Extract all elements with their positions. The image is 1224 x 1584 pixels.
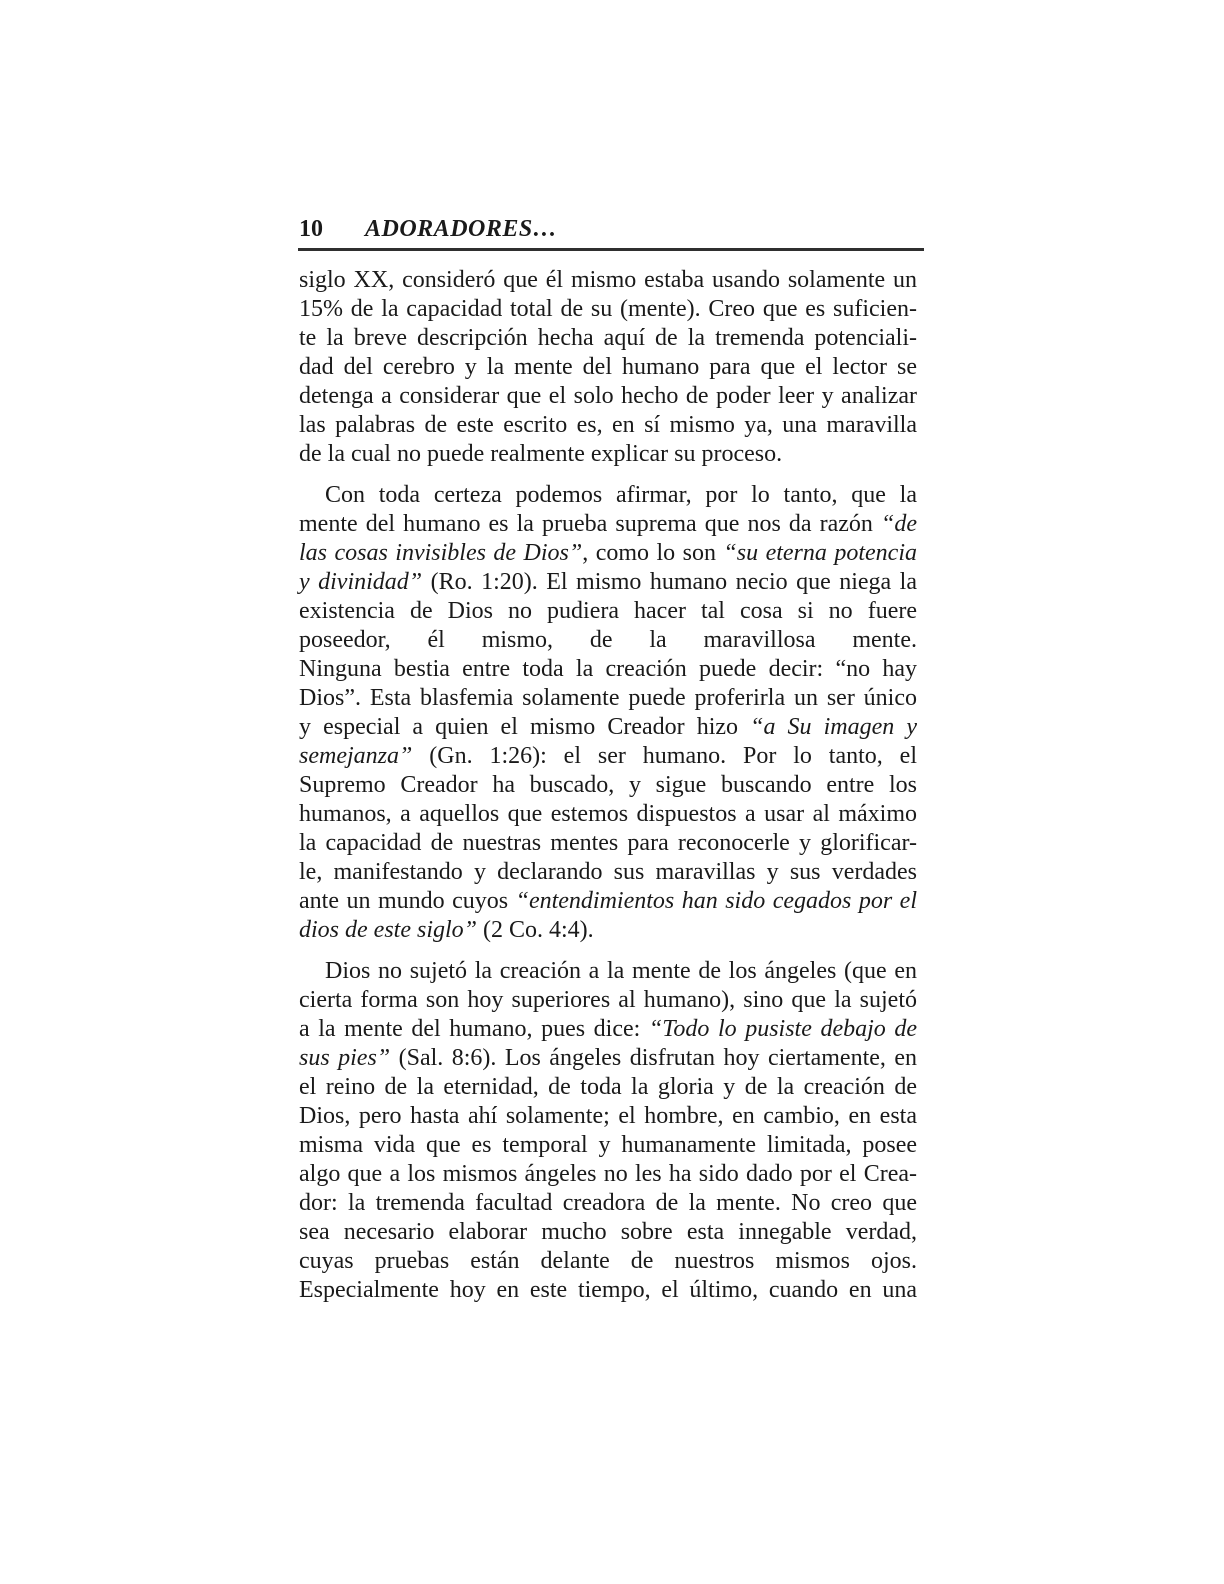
scripture-quote-run: “Todo lo pusiste debajo de: [649, 1016, 917, 1042]
running-title: ADORADORES…: [365, 216, 557, 242]
scripture-quote-run: las cosas invisibles de Dios”: [299, 540, 582, 566]
paragraph-2: Con toda certeza podemos afirmar, por lo…: [299, 481, 917, 945]
scripture-quote-run: sus pies”: [299, 1045, 390, 1071]
text-line: y divinidad” (Ro. 1:20). El mismo humano…: [299, 568, 917, 597]
text-run: detenga a considerar que el solo hecho d…: [299, 383, 917, 409]
text-run: (Sal. 8:6). Los ángeles disfrutan hoy ci…: [390, 1045, 917, 1071]
text-run: algo que a los mismos ángeles no les ha …: [299, 1161, 917, 1187]
text-line: ante un mundo cuyos “entendimientos han …: [299, 887, 917, 916]
text-run: dad del cerebro y la mente del humano pa…: [299, 354, 917, 380]
book-page: { "colors": { "background": "#ffffff", "…: [0, 0, 1224, 1584]
text-line: poseedor, él mismo, de la maravillosa me…: [299, 626, 917, 655]
header-rule: [298, 248, 924, 251]
text-line: Dios, pero hasta ahí solamente; el hombr…: [299, 1102, 917, 1131]
text-line: dios de este siglo” (2 Co. 4:4).: [299, 916, 917, 945]
text-run: siglo XX, consideró que él mismo estaba …: [299, 267, 917, 293]
text-line: de la cual no puede realmente explicar s…: [299, 440, 917, 469]
text-line: el reino de la eternidad, de toda la glo…: [299, 1073, 917, 1102]
text-line: dad del cerebro y la mente del humano pa…: [299, 353, 917, 382]
scripture-quote-run: “su eterna potencia: [723, 540, 917, 566]
text-run: la capacidad de nuestras mentes para rec…: [299, 830, 917, 856]
text-run: existencia de Dios no pudiera hacer tal …: [299, 598, 917, 624]
text-run: mente del humano es la prueba suprema qu…: [299, 511, 881, 537]
text-run: te la breve descripción hecha aquí de la…: [299, 325, 917, 351]
text-run: a la mente del humano, pues dice:: [299, 1016, 649, 1042]
text-line: sus pies” (Sal. 8:6). Los ángeles disfru…: [299, 1044, 917, 1073]
text-line: Ninguna bestia entre toda la creación pu…: [299, 655, 917, 684]
text-line: detenga a considerar que el solo hecho d…: [299, 382, 917, 411]
scripture-quote-run: dios de este siglo”: [299, 917, 477, 943]
text-line: semejanza” (Gn. 1:26): el ser humano. Po…: [299, 742, 917, 771]
text-run: Ninguna bestia entre toda la creación pu…: [299, 656, 917, 682]
text-line: y especial a quien el mismo Creador hizo…: [299, 713, 917, 742]
text-line: algo que a los mismos ángeles no les ha …: [299, 1160, 917, 1189]
text-run: ante un mundo cuyos: [299, 888, 516, 914]
scripture-quote-run: “entendimientos han sido cegados por el: [516, 888, 917, 914]
text-line: Especialmente hoy en este tiempo, el últ…: [299, 1276, 917, 1305]
text-run: le, manifestando y declarando sus maravi…: [299, 859, 917, 885]
text-run: Dios no sujetó la creación a la mente de…: [325, 958, 917, 984]
text-run: y especial a quien el mismo Creador hizo: [299, 714, 750, 740]
text-line: cierta forma son hoy superiores al human…: [299, 986, 917, 1015]
text-run: Con toda certeza podemos afirmar, por lo…: [325, 482, 917, 508]
page-header: 10ADORADORES…: [299, 215, 925, 243]
scripture-quote-run: “de: [881, 511, 917, 537]
scripture-quote-run: “a Su imagen y: [750, 714, 917, 740]
text-line: dor: la tremenda facultad creadora de la…: [299, 1189, 917, 1218]
text-line: la capacidad de nuestras mentes para rec…: [299, 829, 917, 858]
text-run: (Gn. 1:26): el ser humano. Por lo tanto,…: [412, 743, 917, 769]
text-line: Dios no sujetó la creación a la mente de…: [299, 957, 917, 986]
paragraph-3: Dios no sujetó la creación a la mente de…: [299, 957, 917, 1305]
text-line: Supremo Creador ha buscado, y sigue busc…: [299, 771, 917, 800]
text-run: Dios”. Esta blasfemia solamente puede pr…: [299, 685, 917, 711]
text-run: poseedor, él mismo, de la maravillosa me…: [299, 627, 917, 653]
text-line: Con toda certeza podemos afirmar, por lo…: [299, 481, 917, 510]
text-line: las cosas invisibles de Dios”, como lo s…: [299, 539, 917, 568]
text-run: Supremo Creador ha buscado, y sigue busc…: [299, 772, 917, 798]
text-run: dor: la tremenda facultad creadora de la…: [299, 1190, 917, 1216]
text-line: las palabras de este escrito es, en sí m…: [299, 411, 917, 440]
text-run: sea necesario elaborar mucho sobre esta …: [299, 1219, 917, 1245]
text-run: Especialmente hoy en este tiempo, el últ…: [299, 1277, 917, 1303]
text-line: misma vida que es temporal y humanamente…: [299, 1131, 917, 1160]
text-line: a la mente del humano, pues dice: “Todo …: [299, 1015, 917, 1044]
text-run: humanos, a aquellos que estemos dispuest…: [299, 801, 917, 827]
text-run: las palabras de este escrito es, en sí m…: [299, 412, 917, 438]
page-number: 10: [299, 215, 365, 243]
paragraph-1: siglo XX, consideró que él mismo estaba …: [299, 266, 917, 469]
text-run: cierta forma son hoy superiores al human…: [299, 987, 917, 1013]
text-run: misma vida que es temporal y humanamente…: [299, 1132, 917, 1158]
text-line: mente del humano es la prueba suprema qu…: [299, 510, 917, 539]
scripture-quote-run: y divinidad”: [299, 569, 422, 595]
body-text: siglo XX, consideró que él mismo estaba …: [299, 266, 917, 1305]
text-run: 15% de la capacidad total de su (mente).…: [299, 296, 917, 322]
text-run: , como lo son: [582, 540, 723, 566]
text-run: cuyas pruebas están delante de nuestros …: [299, 1248, 917, 1274]
text-line: siglo XX, consideró que él mismo estaba …: [299, 266, 917, 295]
scripture-quote-run: semejanza”: [299, 743, 412, 769]
text-run: (2 Co. 4:4).: [477, 917, 594, 943]
text-line: te la breve descripción hecha aquí de la…: [299, 324, 917, 353]
text-line: sea necesario elaborar mucho sobre esta …: [299, 1218, 917, 1247]
text-run: de la cual no puede realmente explicar s…: [299, 441, 782, 467]
text-line: humanos, a aquellos que estemos dispuest…: [299, 800, 917, 829]
text-line: cuyas pruebas están delante de nuestros …: [299, 1247, 917, 1276]
text-run: el reino de la eternidad, de toda la glo…: [299, 1074, 917, 1100]
text-line: Dios”. Esta blasfemia solamente puede pr…: [299, 684, 917, 713]
text-line: 15% de la capacidad total de su (mente).…: [299, 295, 917, 324]
text-run: Dios, pero hasta ahí solamente; el hombr…: [299, 1103, 917, 1129]
text-run: (Ro. 1:20). El mismo humano necio que ni…: [422, 569, 917, 595]
text-line: le, manifestando y declarando sus maravi…: [299, 858, 917, 887]
text-line: existencia de Dios no pudiera hacer tal …: [299, 597, 917, 626]
